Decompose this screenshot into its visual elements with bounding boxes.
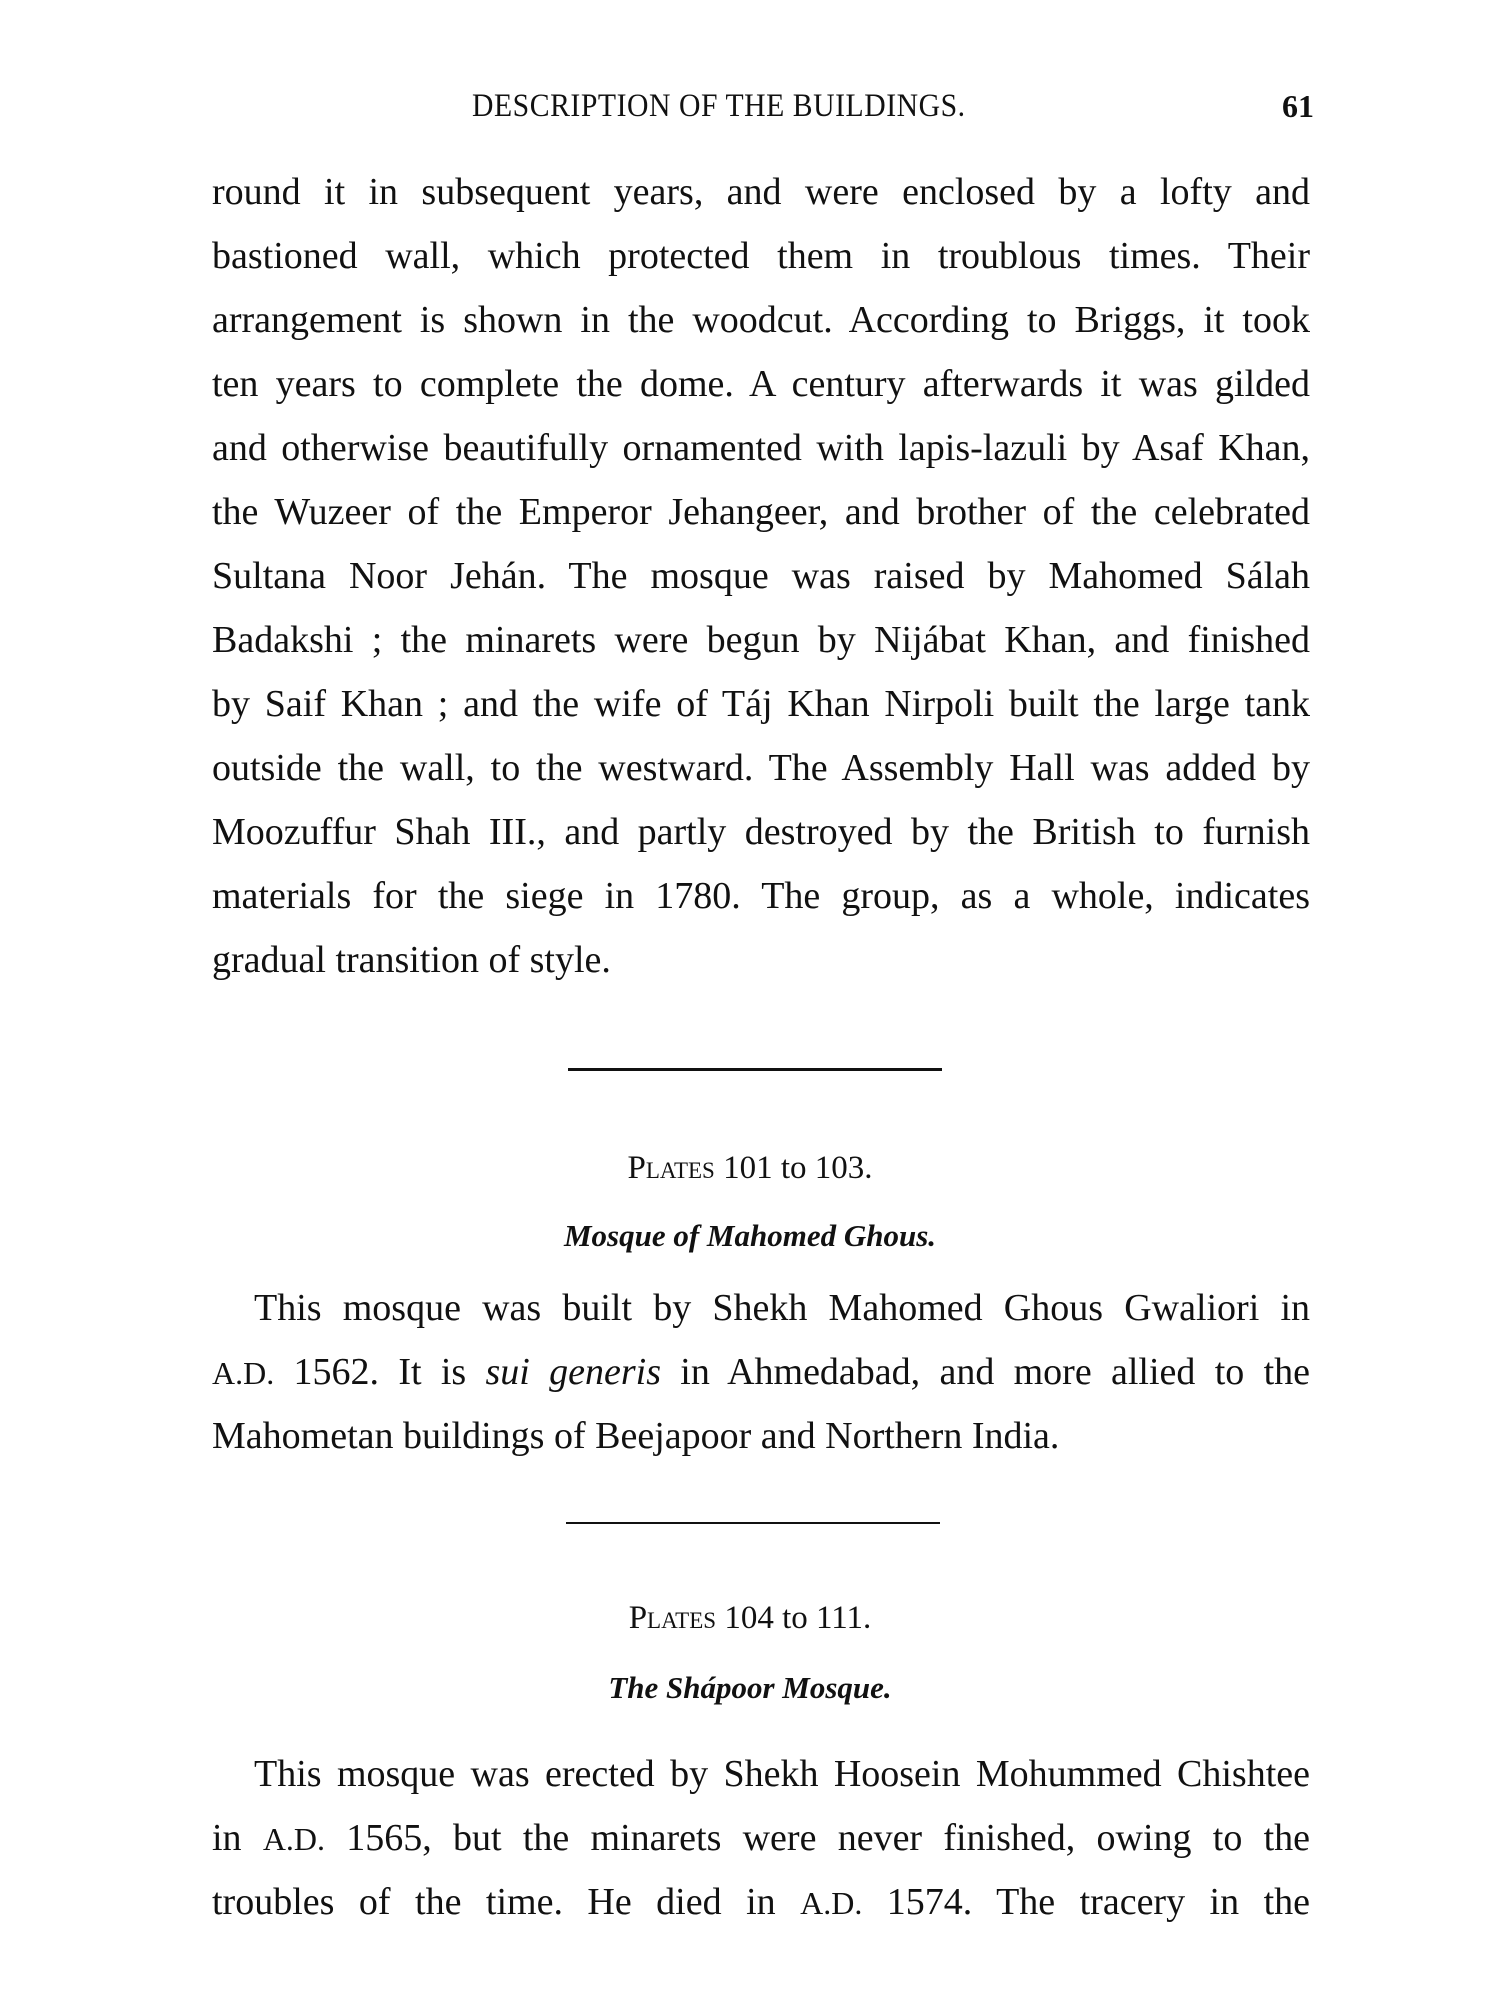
text-line: ten years to complete the dome. A centur… bbox=[212, 362, 1310, 406]
text-line: bastioned wall, which protected them in … bbox=[212, 234, 1310, 278]
plates-label: Plates bbox=[629, 1600, 716, 1636]
text-span: Mahometan buildings of Beejapoor and Nor… bbox=[212, 1415, 1059, 1457]
page-number: 61 bbox=[1282, 88, 1314, 125]
text-line: This mosque was built by Shekh Mahomed G… bbox=[254, 1286, 1310, 1330]
text-line: the Wuzeer of the Emperor Jehangeer, and… bbox=[212, 490, 1310, 534]
text-line: Sultana Noor Jehán. The mosque was raise… bbox=[212, 554, 1310, 598]
section-subtitle: Mosque of Mahomed Ghous. bbox=[0, 1218, 1500, 1254]
text-span: troubles of the time. He died in bbox=[212, 1881, 800, 1923]
text-span: 1562. It is bbox=[274, 1351, 485, 1393]
text-span: 1565, but the minarets were never finish… bbox=[325, 1817, 1310, 1859]
plates-heading: Plates 104 to 111. bbox=[0, 1600, 1500, 1637]
section-subtitle: The Shápoor Mosque. bbox=[0, 1670, 1500, 1706]
text-line: Badakshi ; the minarets were begun by Ni… bbox=[212, 618, 1310, 662]
text-line: round it in subsequent years, and were e… bbox=[212, 170, 1310, 214]
plates-range: 101 to 103. bbox=[723, 1150, 872, 1186]
text-line: materials for the siege in 1780. The gro… bbox=[212, 874, 1310, 918]
running-title: DESCRIPTION OF THE BUILDINGS. bbox=[472, 88, 966, 125]
italic-phrase: sui generis bbox=[485, 1351, 661, 1393]
text-line: by Saif Khan ; and the wife of Táj Khan … bbox=[212, 682, 1310, 726]
text-span: in bbox=[212, 1817, 263, 1859]
era-abbrev: A.D. bbox=[212, 1355, 274, 1391]
plates-range: 104 to 111. bbox=[724, 1600, 871, 1636]
text-line: arrangement is shown in the woodcut. Acc… bbox=[212, 298, 1310, 342]
text-span: This mosque was built by Shekh Mahomed G… bbox=[254, 1287, 1310, 1329]
text-line: This mosque was erected by Shekh Hoosein… bbox=[254, 1752, 1310, 1796]
text-span: in Ahmedabad, and more allied to the bbox=[661, 1351, 1310, 1393]
section-divider bbox=[566, 1522, 940, 1524]
text-line: outside the wall, to the westward. The A… bbox=[212, 746, 1310, 790]
text-line: gradual transition of style. bbox=[212, 938, 1310, 982]
section-divider bbox=[568, 1068, 942, 1071]
text-line: A.D. 1562. It is sui generis in Ahmedaba… bbox=[212, 1350, 1310, 1395]
era-abbrev: A.D. bbox=[263, 1821, 325, 1857]
plates-label: Plates bbox=[627, 1150, 714, 1186]
era-abbrev: A.D. bbox=[800, 1885, 862, 1921]
text-line: Moozuffur Shah III., and partly destroye… bbox=[212, 810, 1310, 854]
text-span: 1574. The tracery in the bbox=[862, 1881, 1310, 1923]
text-span: This mosque was erected by Shekh Hoosein… bbox=[254, 1753, 1310, 1795]
text-line: and otherwise beautifully ornamented wit… bbox=[212, 426, 1310, 470]
text-line: Mahometan buildings of Beejapoor and Nor… bbox=[212, 1414, 1310, 1458]
text-line: in A.D. 1565, but the minarets were neve… bbox=[212, 1816, 1310, 1861]
text-line: troubles of the time. He died in A.D. 15… bbox=[212, 1880, 1310, 1925]
running-head: DESCRIPTION OF THE BUILDINGS. 61 bbox=[0, 88, 1500, 132]
plates-heading: Plates 101 to 103. bbox=[0, 1150, 1500, 1187]
